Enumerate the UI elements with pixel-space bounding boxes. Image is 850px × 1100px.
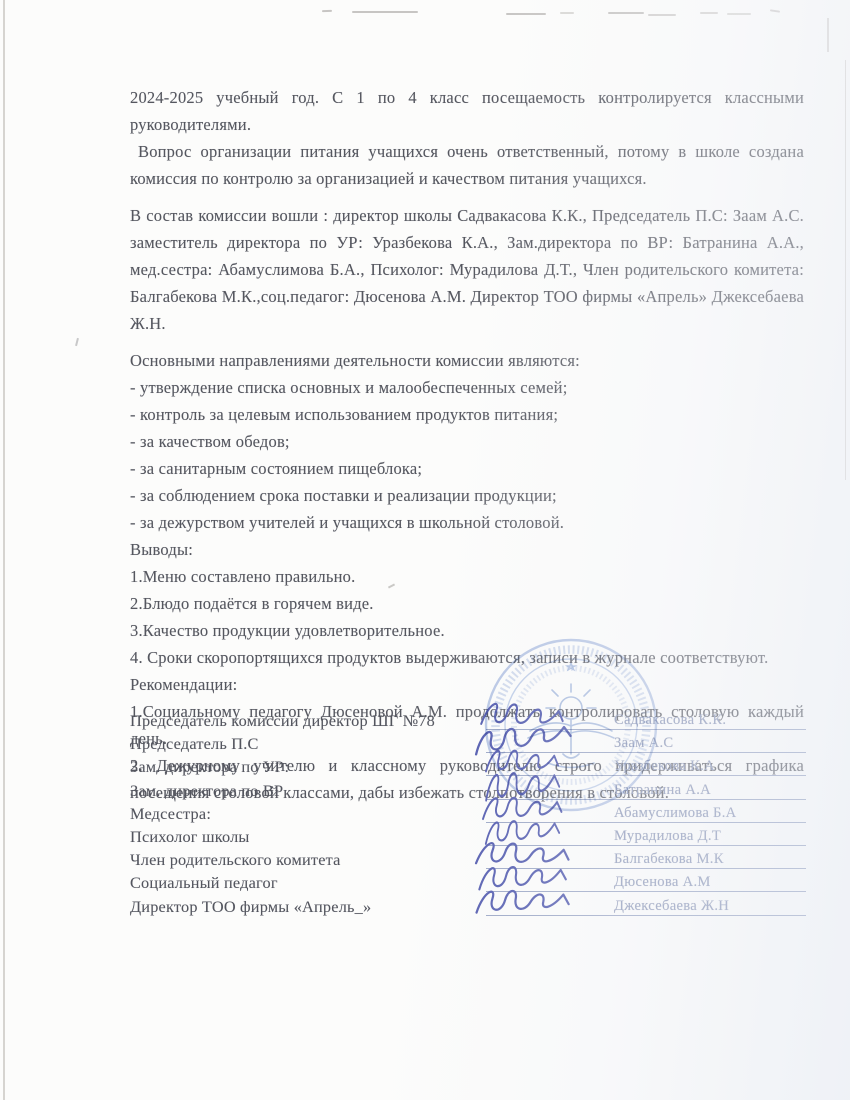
signatory-name: Заам А.С [614, 734, 673, 752]
signatory-name: Балгабекова М.К [614, 850, 724, 868]
signature-role-label: Председатель П.С [130, 734, 259, 754]
conclusion-item: 3.Качество продукции удовлетворительное. [130, 617, 804, 644]
signatory-name: Уразбекова К.А [614, 757, 715, 775]
conclusion-item: 4. Сроки скоропортящихся продуктов выдер… [130, 644, 804, 671]
document-text-body: 2024-2025 учебный год. С 1 по 4 класс по… [130, 84, 804, 806]
intro-paragraph-line: Вопрос организации питания учащихся очен… [130, 138, 804, 192]
conclusion-item: 2.Блюдо подаётся в горячем виде. [130, 590, 804, 617]
commission-composition-paragraph: В состав комиссии вошли : директор школы… [130, 202, 804, 337]
signatory-name: Дюсенова А.М [614, 873, 711, 891]
directions-list: - утверждение списка основных и малообес… [130, 374, 804, 536]
recommendations-heading: Рекомендации: [130, 671, 804, 698]
scan-artifact [322, 10, 332, 12]
signatory-name: Садвакасова К.К. [614, 711, 726, 729]
signature-row: Медсестра: Абамуслимова Б.А [130, 804, 820, 827]
scan-artifact [352, 11, 418, 13]
signature-role-label: Директор ТОО фирмы «Апрель_» [130, 897, 371, 917]
signatory-name: Батранина А.А [614, 781, 711, 799]
signature-row: Председатель П.С Заам А.С [130, 734, 820, 757]
direction-item: - за качеством обедов; [130, 428, 804, 455]
signature-role-label: Зам. директора по УР: [130, 757, 289, 777]
direction-item: - за санитарным состоянием пищеблока; [130, 455, 804, 482]
direction-item: - утверждение списка основных и малообес… [130, 374, 804, 401]
signatory-name: Джексебаева Ж.Н [614, 897, 729, 915]
conclusion-item: 1.Меню составлено правильно. [130, 563, 804, 590]
scan-artifact [608, 12, 644, 14]
direction-item: - за соблюдением срока поставки и реализ… [130, 482, 804, 509]
scan-artifact [700, 12, 718, 14]
signature-role-label: Председатель комиссии директор ШГ №78 [130, 711, 435, 731]
directions-heading: Основными направлениями деятельности ком… [130, 347, 804, 374]
signature-role-label: Психолог школы [130, 827, 250, 847]
direction-item: - за дежурством учителей и учащихся в шк… [130, 509, 804, 536]
direction-item: - контроль за целевым использованием про… [130, 401, 804, 428]
signature-role-label: Медсестра: [130, 804, 211, 824]
conclusions-list: 1.Меню составлено правильно.2.Блюдо пода… [130, 563, 804, 671]
scan-artifact [75, 338, 79, 346]
scan-artifact [727, 13, 751, 15]
scanned-document-page: 2024-2025 учебный год. С 1 по 4 класс по… [0, 0, 850, 1100]
signature-row: Директор ТОО фирмы «Апрель_» Джексебаева… [130, 897, 820, 920]
scan-artifact-right-edge [845, 60, 846, 480]
signature-role-label: Член родительского комитета [130, 850, 341, 870]
scan-artifact [648, 14, 676, 16]
scan-artifact [560, 12, 574, 14]
intro-paragraph-line: 2024-2025 учебный год. С 1 по 4 класс по… [130, 84, 804, 138]
conclusions-heading: Выводы: [130, 536, 804, 563]
signature-role-label: Зам. директора по ВР [130, 781, 283, 801]
signature-block: Председатель комиссии директор ШГ №78 Са… [130, 711, 820, 920]
scan-artifact [770, 9, 780, 12]
signature-line: Джексебаева Ж.Н [486, 895, 806, 916]
signatory-name: Мурадилова Д.Т [614, 827, 721, 845]
signature-role-label: Социальный педагог [130, 873, 278, 893]
signature-row: Зам. директора по ВР Батранина А.А [130, 781, 820, 804]
scan-artifact-left-edge [3, 0, 5, 1100]
signature-ink [468, 884, 574, 920]
scan-artifact [506, 13, 546, 15]
signatory-name: Абамуслимова Б.А [614, 804, 737, 822]
scan-artifact [827, 18, 829, 52]
